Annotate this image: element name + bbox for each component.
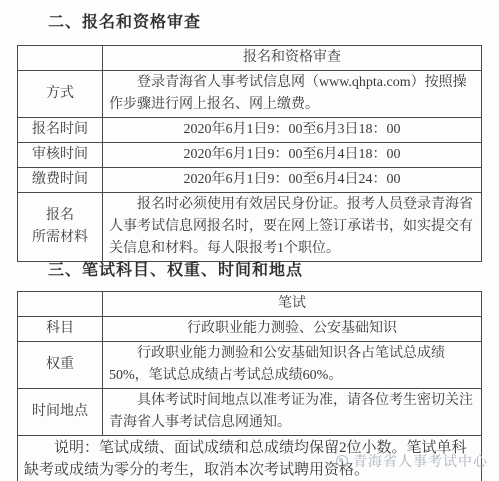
row-value: 行政职业能力测验和公安基础知识各占笔试总成绩50%，笔试总成绩占考试总成绩60%… (103, 342, 482, 389)
written-exam-table: 笔试 科目 行政职业能力测验、公安基础知识 权重 行政职业能力测验和公安基础知识… (17, 291, 482, 481)
table-row: 方式 登录青海省人事考试信息网（www.qhpta.com）按照操作步骤进行网上… (18, 71, 482, 118)
row-value: 2020年6月1日9：00至6月4日18：00 (103, 143, 482, 168)
table-row: 报名时间 2020年6月1日9：00至6月3日18：00 (18, 118, 482, 143)
table-row: 科目 行政职业能力测验、公安基础知识 (18, 317, 482, 342)
table-header-row: 报名和资格审查 (18, 46, 482, 71)
row-label: 缴费时间 (18, 168, 103, 193)
row-label: 权重 (18, 342, 103, 389)
section-heading-registration: 二、报名和资格审查 (48, 9, 201, 32)
registration-table: 报名和资格审查 方式 登录青海省人事考试信息网（www.qhpta.com）按照… (17, 45, 482, 262)
header-empty-cell (18, 292, 103, 317)
table-row: 时间地点 具体考试时间地点以准考证为准，请各位考生密切关注青海省人事考试信息网通… (18, 389, 482, 436)
document-page: 二、报名和资格审查 报名和资格审查 方式 登录青海省人事考试信息网（www.qh… (0, 0, 499, 481)
row-value: 2020年6月1日9：00至6月3日18：00 (103, 118, 482, 143)
header-empty-cell (18, 46, 103, 71)
row-label: 方式 (18, 71, 103, 118)
row-value: 报名时必须使用有效居民身份证。报考人员登录青海省人事考试信息网报名时，要在网上签… (103, 193, 482, 262)
table-title-cell: 笔试 (103, 292, 482, 317)
row-value: 2020年6月1日9：00至6月4日24：00 (103, 168, 482, 193)
row-label: 时间地点 (18, 389, 103, 436)
row-value: 具体考试时间地点以准考证为准，请各位考生密切关注青海省人事考试信息网通知。 (103, 389, 482, 436)
row-value: 登录青海省人事考试信息网（www.qhpta.com）按照操作步骤进行网上报名、… (103, 71, 482, 118)
row-value: 行政职业能力测验、公安基础知识 (103, 317, 482, 342)
table-row: 缴费时间 2020年6月1日9：00至6月4日24：00 (18, 168, 482, 193)
table-title-cell: 报名和资格审查 (103, 46, 482, 71)
table-row: 审核时间 2020年6月1日9：00至6月4日18：00 (18, 143, 482, 168)
table-note-row: 说明：笔试成绩、面试成绩和总成绩均保留2位小数。笔试单科缺考或成绩为零分的考生，… (18, 436, 482, 481)
section-heading-written-exam: 三、笔试科目、权重、时间和地点 (48, 257, 303, 280)
row-label: 审核时间 (18, 143, 103, 168)
table-row: 报名 所需材料 报名时必须使用有效居民身份证。报考人员登录青海省人事考试信息网报… (18, 193, 482, 262)
table-header-row: 笔试 (18, 292, 482, 317)
note-cell: 说明：笔试成绩、面试成绩和总成绩均保留2位小数。笔试单科缺考或成绩为零分的考生，… (18, 436, 482, 481)
row-label: 科目 (18, 317, 103, 342)
row-label: 报名 所需材料 (18, 193, 103, 262)
row-label: 报名时间 (18, 118, 103, 143)
table-row: 权重 行政职业能力测验和公安基础知识各占笔试总成绩50%，笔试总成绩占考试总成绩… (18, 342, 482, 389)
